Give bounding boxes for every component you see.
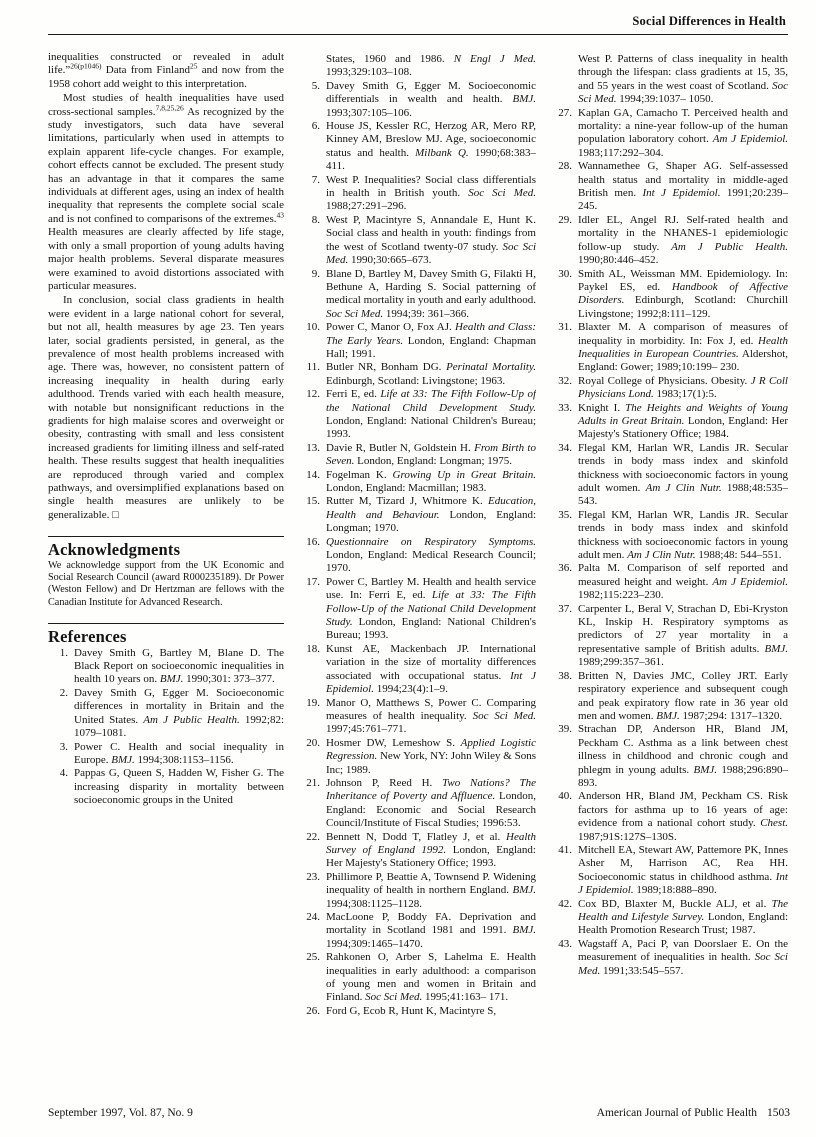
reference-item-25: 25.Rahkonen O, Arber S, Lahelma E. Healt… [300,951,536,1005]
reference-number: 23. [300,871,320,884]
reference-item-41: 41.Mitchell EA, Stewart AW, Pattemore PK… [552,844,788,898]
reference-text: Phillimore P, Beattie A, Townsend P. Wid… [326,871,536,910]
reference-number: 3. [48,741,68,754]
reference-item-37: 37.Carpenter L, Beral V, Strachan D, Ebi… [552,603,788,670]
reference-text: Power C. Health and social inequality in… [74,741,284,766]
reference-list-col2: States, 1960 and 1986. N Engl J Med. 199… [300,53,536,1018]
reference-item-12: 12.Ferri E, ed. Life at 33: The Fifth Fo… [300,388,536,442]
reference-number: 39. [552,723,572,736]
reference-text: Davey Smith G, Bartley M, Blane D. The B… [74,647,284,686]
reference-text: Flegal KM, Harlan WR, Landis JR. Secular… [578,442,788,508]
reference-number: 11. [300,361,320,374]
reference-item-2: 2.Davey Smith G, Egger M. Socioeconomic … [48,687,284,741]
reference-item-16: 16.Questionnaire on Respiratory Symptoms… [300,536,536,576]
reference-item-7: 7.West P. Inequalities? Social class dif… [300,174,536,214]
reference-number: 20. [300,737,320,750]
reference-item-26: 26.Ford G, Ecob R, Hunt K, Macintyre S, [300,1005,536,1018]
reference-item-42: 42.Cox BD, Blaxter M, Buckle ALJ, et al.… [552,898,788,938]
reference-number: 35. [552,509,572,522]
reference-text: Kaplan GA, Camacho T. Perceived health a… [578,107,788,159]
reference-item-29: 29.Idler EL, Angel RJ. Self-rated health… [552,214,788,268]
reference-number: 25. [300,951,320,964]
reference-number: 1. [48,647,68,660]
reference-item-38: 38.Britten N, Davies JMC, Colley JRT. Ea… [552,670,788,724]
reference-number: 30. [552,268,572,281]
reference-text: Blaxter M. A comparison of measures of i… [578,321,788,373]
reference-item-4: 4.Pappas G, Queen S, Hadden W, Fisher G.… [48,767,284,807]
column-left: inequalities constructed or revealed in … [48,51,284,1073]
reference-number: 33. [552,402,572,415]
reference-list-col3: West P. Patterns of class inequality in … [552,53,788,978]
reference-item-30: 30.Smith AL, Weissman MM. Epidemiology. … [552,268,788,322]
reference-item-14: 14.Fogelman K. Growing Up in Great Brita… [300,469,536,496]
reference-item-1: 1.Davey Smith G, Bartley M, Blane D. The… [48,647,284,687]
reference-number: 2. [48,687,68,700]
references-heading: References [48,630,284,643]
reference-text: Butler NR, Bonham DG. Perinatal Mortalit… [326,361,536,386]
reference-text: Pappas G, Queen S, Hadden W, Fisher G. T… [74,767,284,806]
header-rule [48,34,788,35]
footer-page-number: 1503 [767,1107,790,1119]
reference-text: Kunst AE, Mackenbach JP. International v… [326,643,536,695]
reference-number: 21. [300,777,320,790]
reference-item-3: 3.Power C. Health and social inequality … [48,741,284,768]
reference-number: 12. [300,388,320,401]
journal-page: Social Differences in Health inequalitie… [0,0,816,1137]
reference-number: 19. [300,697,320,710]
reference-number: 15. [300,495,320,508]
reference-item-11: 11.Butler NR, Bonham DG. Perinatal Morta… [300,361,536,388]
reference-number: 18. [300,643,320,656]
body-paragraph-conclusion: In conclusion, social class gradients in… [48,294,284,522]
reference-number: 26. [300,1005,320,1018]
reference-item-31: 31.Blaxter M. A comparison of measures o… [552,321,788,375]
reference-text: Cox BD, Blaxter M, Buckle ALJ, et al. Th… [578,898,788,937]
footer-journal-name: American Journal of Public Health [597,1107,757,1119]
reference-item-32: 32.Royal College of Physicians. Obesity.… [552,375,788,402]
reference-item-23: 23.Phillimore P, Beattie A, Townsend P. … [300,871,536,911]
reference-continuation: States, 1960 and 1986. N Engl J Med. 199… [300,53,536,80]
column-right: West P. Patterns of class inequality in … [552,51,788,1073]
reference-item-19: 19.Manor O, Matthews S, Power C. Compari… [300,697,536,737]
reference-text: Royal College of Physicians. Obesity. J … [578,375,788,400]
body-paragraph: inequalities constructed or revealed in … [48,51,284,91]
reference-number: 24. [300,911,320,924]
reference-number: 5. [300,80,320,93]
reference-text: Hosmer DW, Lemeshow S. Applied Logistic … [326,737,536,776]
reference-text: West P. Inequalities? Social class diffe… [326,174,536,213]
reference-text: Knight I. The Heights and Weights of You… [578,402,788,441]
reference-text: Rutter M, Tizard J, Whitmore K. Educatio… [326,495,536,534]
reference-number: 38. [552,670,572,683]
reference-number: 40. [552,790,572,803]
reference-text: Smith AL, Weissman MM. Epidemiology. In:… [578,268,788,320]
reference-text: Blane D, Bartley M, Davey Smith G, Filak… [326,268,536,320]
reference-item-36: 36.Palta M. Comparison of self reported … [552,562,788,602]
reference-text: Manor O, Matthews S, Power C. Comparing … [326,697,536,736]
reference-item-34: 34.Flegal KM, Harlan WR, Landis JR. Secu… [552,442,788,509]
reference-text: Johnson P, Reed H. Two Nations? The Inhe… [326,777,536,829]
reference-item-10: 10.Power C, Manor O, Fox AJ. Health and … [300,321,536,361]
reference-text: Davie R, Butler N, Goldstein H. From Bir… [326,442,536,467]
acknowledgments-text: We acknowledge support from the UK Econo… [48,560,284,610]
reference-text: Mitchell EA, Stewart AW, Pattemore PK, I… [578,844,788,896]
reference-item-9: 9.Blane D, Bartley M, Davey Smith G, Fil… [300,268,536,322]
reference-number: 22. [300,831,320,844]
reference-item-20: 20.Hosmer DW, Lemeshow S. Applied Logist… [300,737,536,777]
body-paragraph: Most studies of health inequalities have… [48,92,284,293]
reference-text: Power C, Manor O, Fox AJ. Health and Cla… [326,321,536,360]
page-footer: September 1997, Vol. 87, No. 9 American … [48,1107,790,1119]
reference-item-27: 27.Kaplan GA, Camacho T. Perceived healt… [552,107,788,161]
reference-number: 16. [300,536,320,549]
reference-number: 8. [300,214,320,227]
reference-number: 32. [552,375,572,388]
reference-text: Britten N, Davies JMC, Colley JRT. Early… [578,670,788,722]
reference-number: 14. [300,469,320,482]
reference-text: Idler EL, Angel RJ. Self-rated health an… [578,214,788,266]
reference-item-28: 28.Wannamethee G, Shaper AG. Self-assess… [552,160,788,214]
reference-number: 13. [300,442,320,455]
reference-item-22: 22.Bennett N, Dodd T, Flatley J, et al. … [300,831,536,871]
reference-text: MacLoone P, Boddy FA. Deprivation and mo… [326,911,536,950]
reference-text: House JS, Kessler RC, Herzog AR, Mero RP… [326,120,536,172]
reference-text: Wannamethee G, Shaper AG. Self-assessed … [578,160,788,212]
reference-text: Strachan DP, Anderson HR, Bland JM, Peck… [578,723,788,789]
reference-text: Flegal KM, Harlan WR, Landis JR. Secular… [578,509,788,561]
reference-item-13: 13.Davie R, Butler N, Goldstein H. From … [300,442,536,469]
reference-item-35: 35.Flegal KM, Harlan WR, Landis JR. Secu… [552,509,788,563]
reference-number: 9. [300,268,320,281]
reference-number: 28. [552,160,572,173]
reference-text: Ferri E, ed. Life at 33: The Fifth Follo… [326,388,536,440]
reference-item-17: 17.Power C, Bartley M. Health and health… [300,576,536,643]
reference-item-6: 6.House JS, Kessler RC, Herzog AR, Mero … [300,120,536,174]
reference-item-40: 40.Anderson HR, Bland JM, Peckham CS. Ri… [552,790,788,844]
reference-list-col1: 1.Davey Smith G, Bartley M, Blane D. The… [48,647,284,808]
reference-number: 29. [552,214,572,227]
section-rule [48,536,284,537]
reference-text: Carpenter L, Beral V, Strachan D, Ebi-Kr… [578,603,788,669]
reference-item-39: 39.Strachan DP, Anderson HR, Bland JM, P… [552,723,788,790]
reference-text: Bennett N, Dodd T, Flatley J, et al. Hea… [326,831,536,870]
reference-number: 42. [552,898,572,911]
reference-number: 17. [300,576,320,589]
footer-issue-date: September 1997, Vol. 87, No. 9 [48,1107,193,1119]
reference-item-18: 18.Kunst AE, Mackenbach JP. Internationa… [300,643,536,697]
reference-text: Davey Smith G, Egger M. Socioeconomic di… [74,687,284,739]
running-head-title: Social Differences in Health [48,14,788,29]
reference-item-43: 43.Wagstaff A, Paci P, van Doorslaer E. … [552,938,788,978]
column-middle: States, 1960 and 1986. N Engl J Med. 199… [300,51,536,1073]
reference-number: 6. [300,120,320,133]
reference-number: 31. [552,321,572,334]
reference-text: Ford G, Ecob R, Hunt K, Macintyre S, [326,1005,496,1017]
reference-number: 43. [552,938,572,951]
acknowledgments-heading: Acknowledgments [48,543,284,556]
reference-number: 4. [48,767,68,780]
reference-item-15: 15.Rutter M, Tizard J, Whitmore K. Educa… [300,495,536,535]
reference-number: 10. [300,321,320,334]
references-section: References 1.Davey Smith G, Bartley M, B… [48,623,284,807]
reference-text: Questionnaire on Respiratory Symptoms. L… [326,536,536,575]
reference-text: Rahkonen O, Arber S, Lahelma E. Health i… [326,951,536,1003]
section-rule [48,623,284,624]
reference-text: West P, Macintyre S, Annandale E, Hunt K… [326,214,536,266]
reference-item-33: 33.Knight I. The Heights and Weights of … [552,402,788,442]
reference-item-5: 5.Davey Smith G, Egger M. Socioeconomic … [300,80,536,120]
reference-number: 36. [552,562,572,575]
reference-item-24: 24.MacLoone P, Boddy FA. Deprivation and… [300,911,536,951]
footer-journal-page: American Journal of Public Health1503 [597,1107,790,1119]
reference-text: Wagstaff A, Paci P, van Doorslaer E. On … [578,938,788,977]
reference-item-8: 8.West P, Macintyre S, Annandale E, Hunt… [300,214,536,268]
reference-item-21: 21.Johnson P, Reed H. Two Nations? The I… [300,777,536,831]
reference-text: Davey Smith G, Egger M. Socioeconomic di… [326,80,536,119]
reference-number: 41. [552,844,572,857]
reference-text: Fogelman K. Growing Up in Great Britain.… [326,469,536,494]
reference-text: Palta M. Comparison of self reported and… [578,562,788,601]
reference-number: 7. [300,174,320,187]
reference-continuation: West P. Patterns of class inequality in … [552,53,788,107]
reference-number: 34. [552,442,572,455]
acknowledgments-section: Acknowledgments We acknowledge support f… [48,536,284,609]
reference-text: Anderson HR, Bland JM, Peckham CS. Risk … [578,790,788,842]
three-column-layout: inequalities constructed or revealed in … [48,51,788,1073]
reference-number: 37. [552,603,572,616]
reference-text: Power C, Bartley M. Health and health se… [326,576,536,642]
reference-number: 27. [552,107,572,120]
